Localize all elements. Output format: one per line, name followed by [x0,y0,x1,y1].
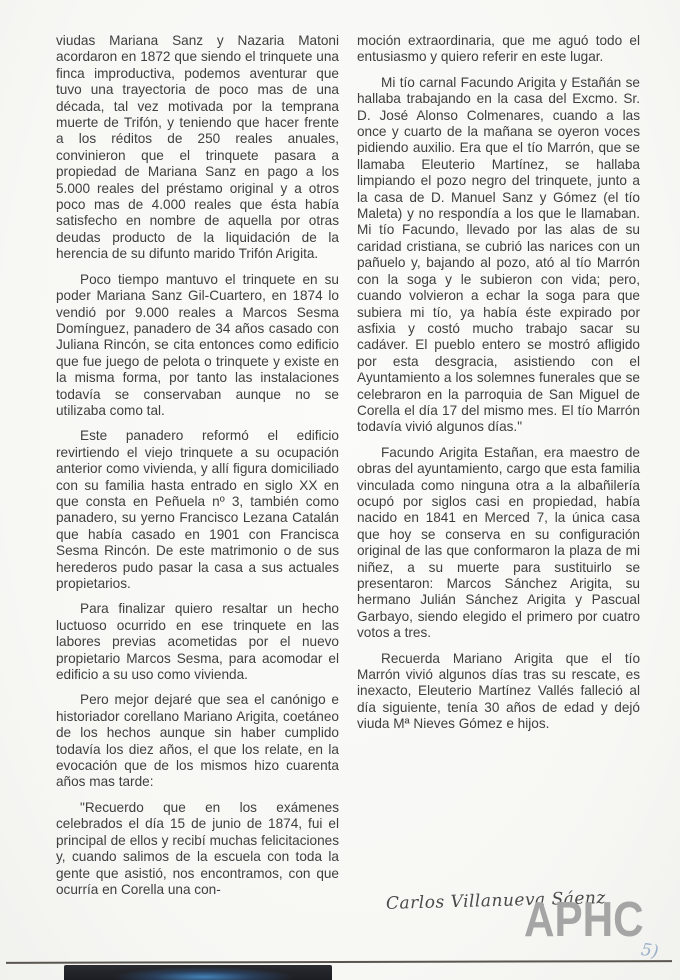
paragraph: Mi tío carnal Facundo Arigita y Estañán … [357,75,640,436]
right-column: moción extraordinaria, que me aguó todo … [357,33,640,742]
paragraph: Pero mejor dejaré que sea el canónigo e … [56,692,339,790]
paragraph: Poco tiempo mantuvo el trinquete en su p… [56,272,339,420]
scan-edge-artifact [64,965,332,980]
aphc-logo: APHC [524,896,644,945]
paragraph: Facundo Arigita Estañan, era maestro de … [357,445,640,642]
paragraph: Recuerda Mariano Arigita que el tío Marr… [357,651,640,733]
left-column: viudas Mariana Sanz y Nazaria Matoni aco… [56,33,339,907]
paragraph: "Recuerdo que en los exámenes celebrados… [56,800,339,898]
paragraph: Este panadero reformó el edificio revirt… [56,428,339,592]
paragraph: viudas Mariana Sanz y Nazaria Matoni aco… [56,33,339,263]
paragraph: Para finalizar quiero resaltar un hecho … [56,601,339,683]
paragraph: moción extraordinaria, que me aguó todo … [357,33,640,66]
scanned-page: viudas Mariana Sanz y Nazaria Matoni aco… [0,0,680,980]
page-edge-line [6,960,672,964]
handwritten-page-number: 5) [640,940,660,962]
